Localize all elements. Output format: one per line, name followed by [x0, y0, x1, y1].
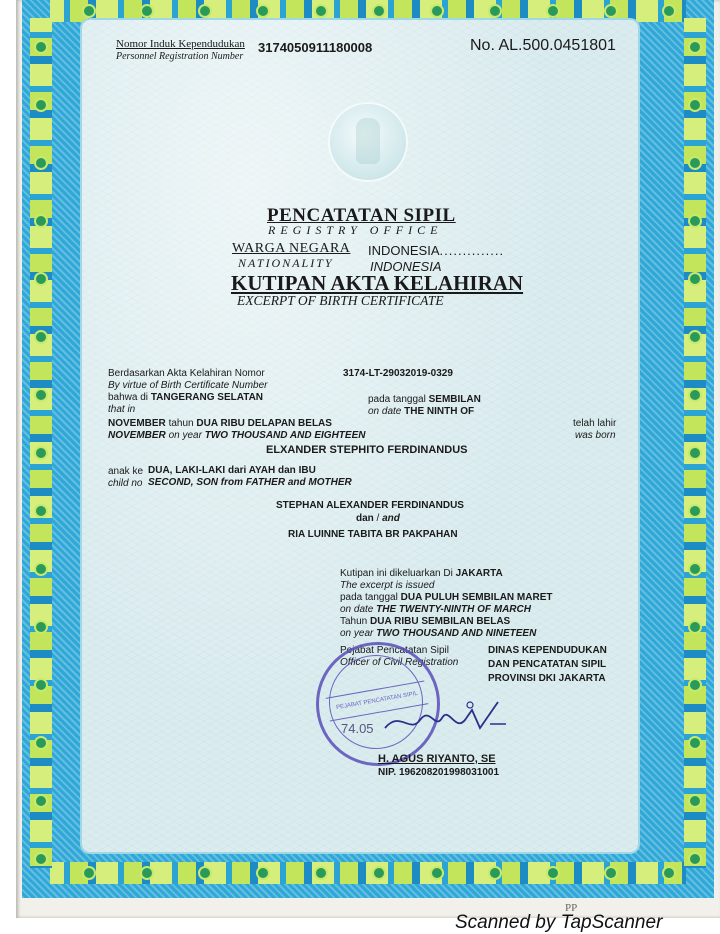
child-no-label: anak ke — [108, 466, 143, 477]
border-gem-ornament — [34, 388, 48, 402]
child-no-value: DUA, LAKI-LAKI dari AYAH dan IBU — [148, 465, 316, 476]
border-gem-ornament — [688, 736, 702, 750]
border-gem-ornament — [198, 866, 212, 880]
border-gem-ornament — [662, 866, 676, 880]
border-gem-ornament — [688, 40, 702, 54]
stamp-number: 74.05 — [341, 721, 374, 736]
border-gem-ornament — [34, 40, 48, 54]
border-gem-ornament — [34, 852, 48, 866]
border-gem-ornament — [488, 4, 502, 18]
nik-label: Nomor Induk Kependudukan — [116, 38, 245, 50]
signatory-name: H. AGUS RIYANTO, SE — [378, 753, 496, 765]
cert-number-value: 3174-LT-29032019-0329 — [343, 368, 453, 379]
issued-year-line: Tahun DUA RIBU SEMBILAN BELAS — [340, 616, 510, 627]
border-gem-ornament — [314, 4, 328, 18]
cert-number-label: Berdasarkan Akta Kelahiran Nomor — [108, 368, 265, 379]
scanner-watermark: Scanned by TapScanner — [455, 912, 662, 934]
issued-year-en: TWO THOUSAND AND NINETEEN — [376, 628, 536, 639]
agency-line-1: DINAS KEPENDUDUKAN — [488, 645, 607, 656]
mother-name: RIA LUINNE TABITA BR PAKPAHAN — [288, 529, 458, 540]
issued-date-prefix: pada tanggal — [340, 592, 398, 603]
border-gem-ornament — [688, 678, 702, 692]
border-gem-ornament — [604, 4, 618, 18]
border-gem-ornament — [372, 4, 386, 18]
border-gem-ornament — [688, 330, 702, 344]
year: DUA RIBU DELAPAN BELAS — [196, 418, 332, 429]
nik-label-en: Personnel Registration Number — [116, 51, 243, 62]
year-en: TWO THOUSAND AND EIGHTEEN — [205, 430, 366, 441]
child-no-label-en: child no — [108, 478, 142, 489]
border-gem-ornament — [34, 562, 48, 576]
border-gem-ornament — [34, 98, 48, 112]
border-gem-ornament — [34, 736, 48, 750]
garuda-emblem-hologram — [330, 104, 406, 180]
date-line: pada tanggal SEMBILAN — [368, 394, 481, 405]
signature — [380, 700, 510, 740]
year-prefix-en: on year — [169, 430, 202, 441]
and-label: dan / and — [356, 513, 400, 524]
issued-year: DUA RIBU SEMBILAN BELAS — [370, 616, 510, 627]
born-label: telah lahir — [573, 418, 616, 429]
nationality-label-en: NATIONALITY — [238, 256, 334, 271]
cert-number-label-en: By virtue of Birth Certificate Number — [108, 380, 268, 391]
border-gem-ornament — [34, 794, 48, 808]
border-gem-ornament — [688, 388, 702, 402]
border-gem-ornament — [688, 98, 702, 112]
border-gem-ornament — [34, 446, 48, 460]
border-gem-ornament — [198, 4, 212, 18]
issued-line-en: The excerpt is issued — [340, 580, 435, 591]
document-number: No. AL.500.0451801 — [470, 37, 616, 55]
agency-line-3: PROVINSI DKI JAKARTA — [488, 673, 606, 684]
date-day-en: THE NINTH OF — [404, 406, 474, 417]
document-title-en: EXCERPT OF BIRTH CERTIFICATE — [237, 293, 444, 309]
border-gem-ornament — [256, 4, 270, 18]
border-gem-ornament — [688, 620, 702, 634]
border-gem-ornament — [688, 504, 702, 518]
border-gem-ornament — [688, 272, 702, 286]
and-en: and — [382, 513, 400, 524]
date-day: SEMBILAN — [429, 394, 481, 405]
nationality-label: WARGA NEGARA — [232, 241, 350, 257]
border-gem-ornament — [688, 156, 702, 170]
child-no-value-en: SECOND, SON from FATHER and MOTHER — [148, 477, 352, 488]
signatory-nip: NIP. 196208201998031001 — [378, 767, 499, 778]
month-en: NOVEMBER — [108, 430, 166, 441]
issued-date-line-en: on date THE TWENTY-NINTH OF MARCH — [340, 604, 531, 615]
agency-line-2: DAN PENCATATAN SIPIL — [488, 659, 606, 670]
border-gem-ornament — [688, 794, 702, 808]
father-name: STEPHAN ALEXANDER FERDINANDUS — [276, 500, 464, 511]
border-gem-ornament — [82, 4, 96, 18]
place-value: TANGERANG SELATAN — [151, 392, 263, 403]
issued-year-line-en: on year TWO THOUSAND AND NINETEEN — [340, 628, 536, 639]
and-id: dan — [356, 513, 374, 524]
border-gem-ornament — [140, 866, 154, 880]
border-gem-ornament — [34, 678, 48, 692]
border-gem-ornament — [256, 866, 270, 880]
border-gem-ornament — [34, 272, 48, 286]
border-gem-ornament — [604, 866, 618, 880]
border-gem-ornament — [372, 866, 386, 880]
issued-year-prefix: Tahun — [340, 616, 367, 627]
border-gem-ornament — [546, 866, 560, 880]
place-prefix: bahwa di — [108, 392, 148, 403]
issued-place: JAKARTA — [456, 568, 503, 579]
issued-date-prefix-en: on date — [340, 604, 373, 615]
border-gem-ornament — [488, 866, 502, 880]
border-gem-ornament — [430, 866, 444, 880]
date-line-en: on date THE NINTH OF — [368, 406, 474, 417]
date-prefix: pada tanggal — [368, 394, 426, 405]
born-label-en: was born — [575, 430, 616, 441]
month-year-line-en: NOVEMBER on year TWO THOUSAND AND EIGHTE… — [108, 430, 365, 441]
issued-date: DUA PULUH SEMBILAN MARET — [401, 592, 553, 603]
date-prefix-en: on date — [368, 406, 401, 417]
border-gem-ornament — [34, 620, 48, 634]
border-gem-ornament — [688, 852, 702, 866]
border-gem-ornament — [34, 214, 48, 228]
issued-date-line: pada tanggal DUA PULUH SEMBILAN MARET — [340, 592, 552, 603]
border-gem-ornament — [82, 866, 96, 880]
child-name: ELXANDER STEPHITO FERDINANDUS — [266, 444, 467, 456]
place-line-en: that in — [108, 404, 135, 415]
border-gem-ornament — [140, 4, 154, 18]
border-gem-ornament — [430, 4, 444, 18]
nationality-value-text: INDONESIA — [368, 243, 440, 258]
nationality-value: INDONESIA.............. — [368, 243, 504, 258]
issued-line: Kutipan ini dikeluarkan Di JAKARTA — [340, 568, 503, 579]
border-gem-ornament — [34, 504, 48, 518]
border-gem-ornament — [34, 156, 48, 170]
border-gem-ornament — [546, 4, 560, 18]
month: NOVEMBER — [108, 418, 166, 429]
issued-year-prefix-en: on year — [340, 628, 373, 639]
nik-value: 3174050911180008 — [258, 40, 372, 55]
issued-prefix: Kutipan ini dikeluarkan Di — [340, 568, 453, 579]
border-gem-ornament — [688, 446, 702, 460]
year-prefix: tahun — [169, 418, 194, 429]
place-line: bahwa di TANGERANG SELATAN — [108, 392, 263, 403]
issued-date-en: THE TWENTY-NINTH OF MARCH — [376, 604, 531, 615]
border-gem-ornament — [688, 562, 702, 576]
border-gem-ornament — [662, 4, 676, 18]
month-year-line: NOVEMBER tahun DUA RIBU DELAPAN BELAS — [108, 418, 332, 429]
border-gem-ornament — [688, 214, 702, 228]
office-title-en: REGISTRY OFFICE — [268, 223, 442, 238]
border-gem-ornament — [314, 866, 328, 880]
border-gem-ornament — [34, 330, 48, 344]
